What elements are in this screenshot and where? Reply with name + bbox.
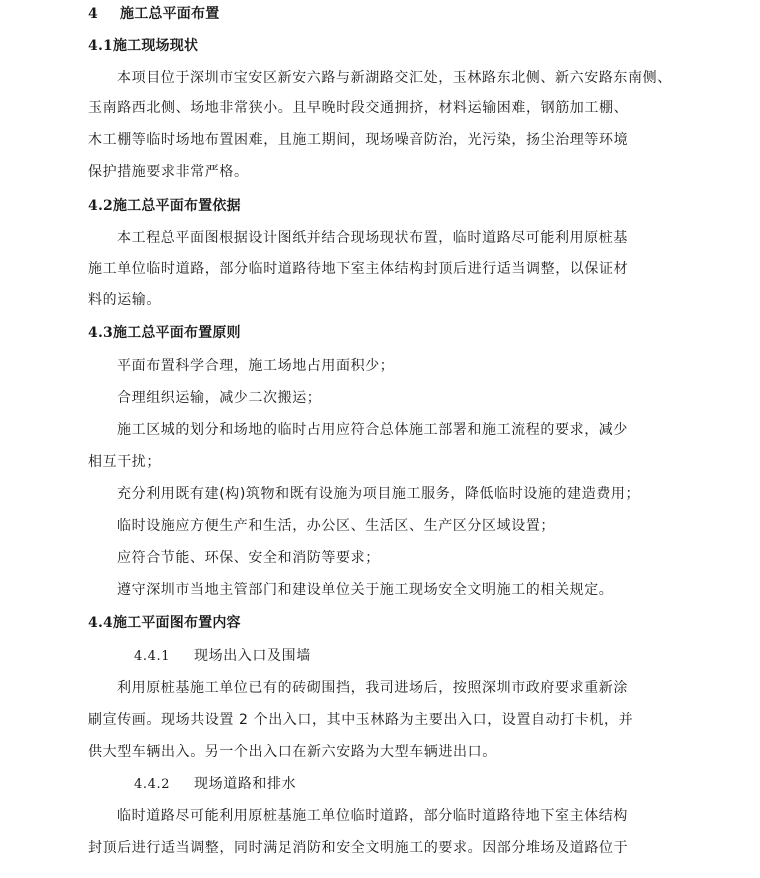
list-item: 施工区城的划分和场地的临时占用应符合总体施工部署和施工流程的要求，减少 [117, 420, 628, 440]
heading-4-2: 4.2施工总平面布置依据 [88, 196, 241, 216]
heading-number: 4.4.1 [134, 647, 194, 667]
heading-4-1: 4.1施工现场现状 [88, 36, 198, 56]
heading-level1: 4施工总平面布置 [88, 4, 219, 24]
paragraph-line: 木工棚等临时场地布置困难，且施工期间，现场噪音防治，光污染，扬尘治理等环境 [88, 130, 628, 150]
heading-title: 施工总平面布置 [120, 6, 219, 22]
paragraph-line: 临时道路尽可能利用原桩基施工单位临时道路，部分临时道路待地下室主体结构 [117, 806, 628, 826]
paragraph-line: 保护措施要求非常严格。 [88, 162, 249, 182]
heading-number: 4 [88, 4, 120, 24]
heading-number: 4.4.2 [134, 775, 194, 795]
paragraph-line: 封顶后进行适当调整，同时满足消防和安全文明施工的要求。因部分堆场及道路位于 [88, 838, 628, 858]
paragraph-line: 利用原桩基施工单位已有的砖砌围挡，我司进场后，按照深圳市政府要求重新涂 [117, 678, 628, 698]
paragraph-line: 供大型车辆出入。另一个出入口在新六安路为大型车辆进出口。 [88, 742, 497, 762]
list-item: 充分利用既有建(构)筑物和既有设施为项目施工服务，降低临时设施的建造费用； [117, 484, 640, 504]
paragraph-line: 刷宣传画。现场共设置 2 个出入口，其中玉林路为主要出入口，设置自动打卡机，并 [88, 710, 633, 730]
heading-4-4-2: 4.4.2现场道路和排水 [134, 774, 296, 795]
list-item-continuation: 相互干扰； [88, 452, 161, 472]
list-item: 平面布置科学合理，施工场地占用面积少； [117, 356, 394, 376]
heading-4-4-1: 4.4.1现场出入口及围墙 [134, 646, 311, 667]
paragraph-line: 施工单位临时道路，部分临时道路待地下室主体结构封顶后进行适当调整，以保证材 [88, 259, 628, 279]
heading-title: 现场出入口及围墙 [194, 648, 311, 664]
heading-4-3: 4.3施工总平面布置原则 [88, 323, 241, 343]
paragraph-line: 料的运输。 [88, 290, 161, 310]
list-item: 合理组织运输，减少二次搬运； [117, 388, 321, 408]
list-item: 临时设施应方便生产和生活，办公区、生活区、生产区分区域设置； [117, 516, 555, 536]
heading-4-4: 4.4施工平面图布置内容 [88, 613, 241, 633]
paragraph-line: 本项目位于深圳市宝安区新安六路与新湖路交汇处，玉林路东北侧、新六安路东南侧、 [117, 68, 672, 88]
paragraph-line: 玉南路西北侧、场地非常狭小。且早晚时段交通拥挤，材料运输困难，钢筋加工棚、 [88, 98, 628, 118]
paragraph-line: 本工程总平面图根据设计图纸并结合现场现状布置，临时道路尽可能利用原桩基 [117, 228, 628, 248]
list-item: 应符合节能、环保、安全和消防等要求； [117, 548, 380, 568]
list-item: 遵守深圳市当地主管部门和建设单位关于施工现场安全文明施工的相关规定。 [117, 580, 613, 600]
heading-title: 现场道路和排水 [194, 776, 296, 792]
